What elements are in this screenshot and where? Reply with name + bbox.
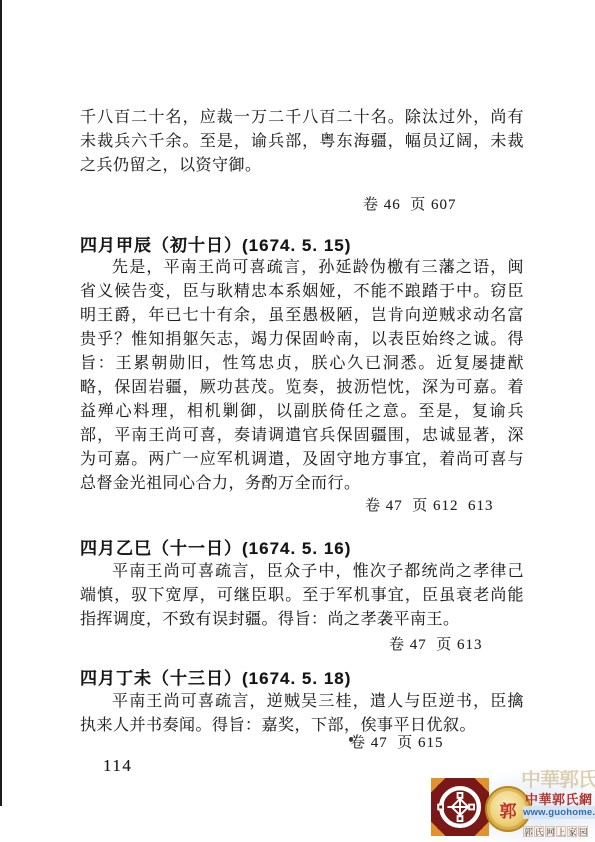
volume-page-reference: 卷 47 页 613 (389, 633, 483, 654)
section-body-3: 平南王尚可喜疏言，逆贼吴三桂，遣人与臣逆书，臣擒执来人并书奏闻。得旨：嘉奖，下部… (80, 690, 524, 738)
paragraph-continuation: 千八百二十名，应裁一万二千八百二十名。除汰过外，尚有未裁兵六千余。至是，谕兵部，… (80, 106, 524, 178)
volume-page-reference: 卷 47 页 615 (350, 731, 444, 752)
watermark-site-url: www.guohome.org (523, 806, 595, 819)
volume-page-reference: 卷 46 页 607 (363, 193, 457, 214)
volume-page-reference: 卷 47 页 612 613 (365, 494, 494, 515)
scanned-book-page: 千八百二十名，应裁一万二千八百二十名。除汰过外，尚有未裁兵六千余。至是，谕兵部，… (0, 0, 595, 842)
scan-edge-artifact (0, 0, 2, 806)
page-number: 114 (103, 756, 132, 776)
scan-speck (349, 737, 353, 742)
section-heading-2: 四月乙巳（十一日）(1674. 5. 16) (80, 534, 540, 559)
coin-character: 郭 (500, 797, 517, 822)
section-body-1: 先是，平南王尚可喜疏言，孙延龄伪檄有三藩之语，闽省义候告变，臣与耿精忠本系姻娅，… (80, 256, 524, 496)
section-heading-3: 四月丁未（十三日）(1674. 5. 18) (80, 664, 540, 689)
section-body-2: 平南王尚可喜疏言，臣众子中，惟次子都统尚之孝律己端慎，驭下宽厚，可继臣职。至于军… (80, 560, 524, 632)
watermark-tagline: 郭氏网上家园 (523, 822, 589, 840)
site-watermark: 郭 中華郭氏網 中華郭氏網 www.guohome.org 郭氏网上家园 (423, 770, 595, 842)
section-heading-1: 四月甲辰（初十日）(1674. 5. 15) (80, 231, 540, 256)
watermark-text-block: 中華郭氏網 中華郭氏網 www.guohome.org 郭氏网上家园 (525, 770, 595, 842)
clan-seal-icon (431, 778, 489, 836)
